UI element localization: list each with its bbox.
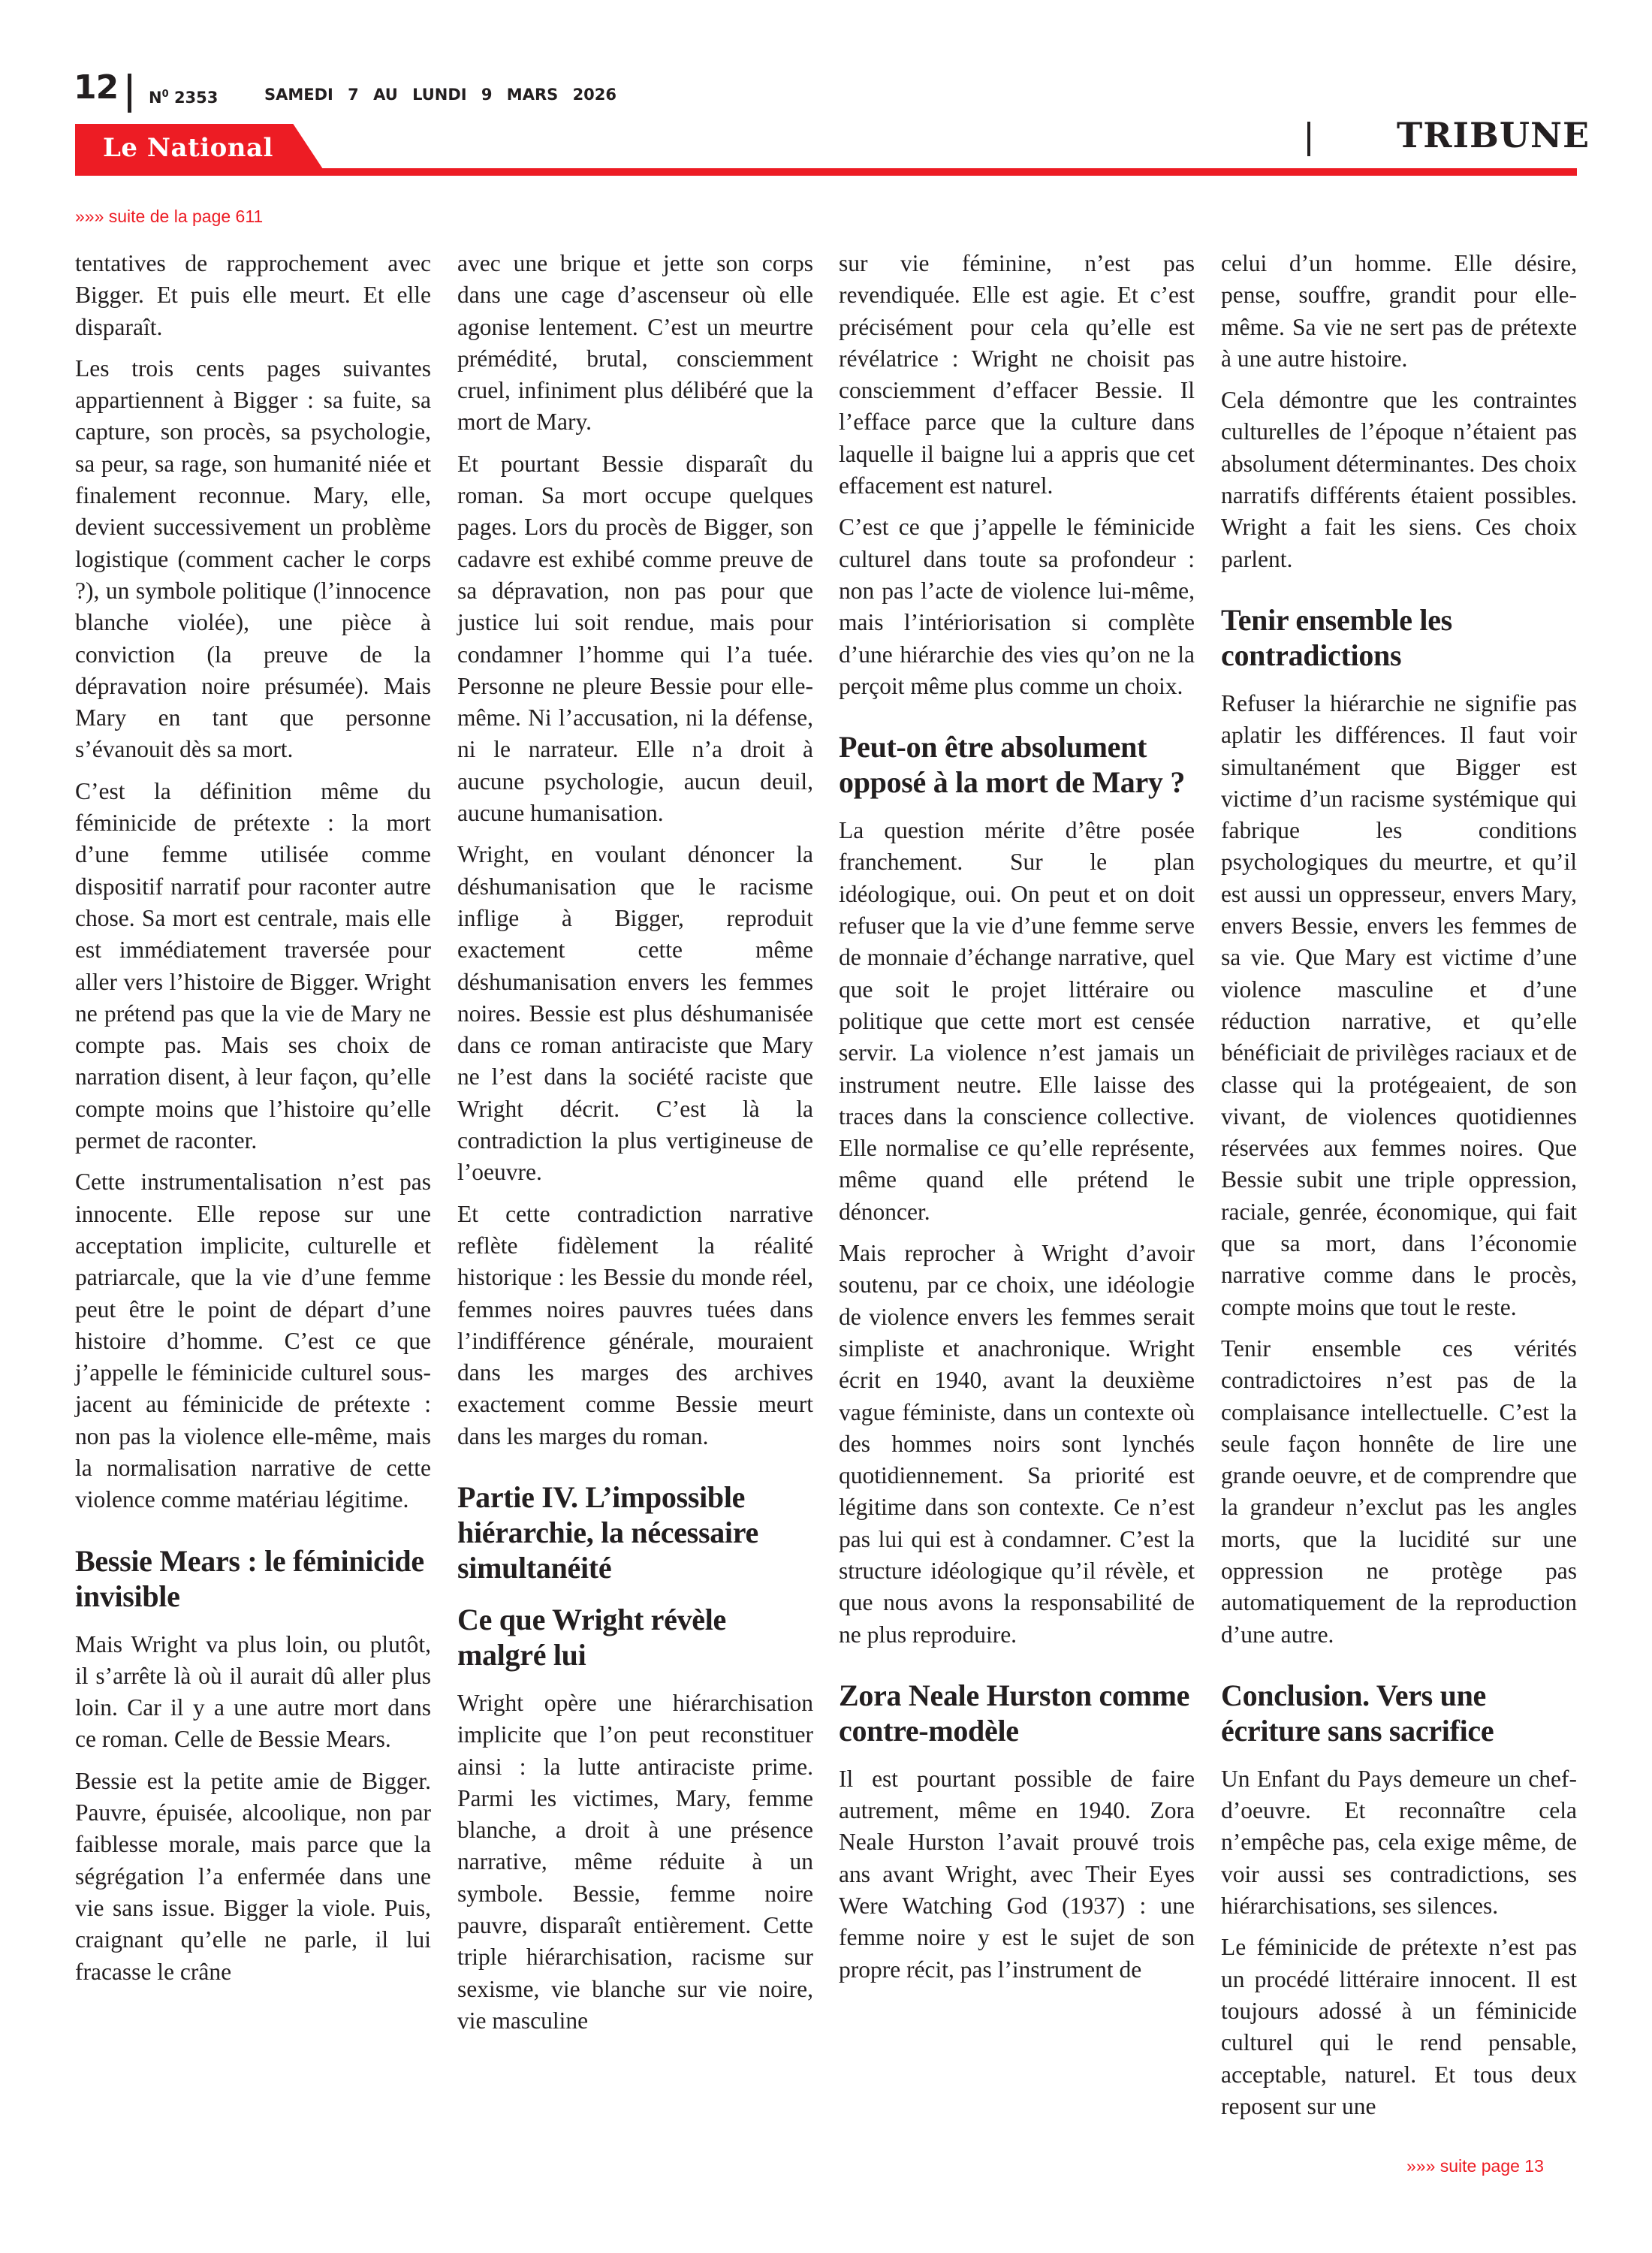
- publication-logo: Le National: [103, 133, 273, 163]
- article-paragraph: Refuser la hiérarchie ne signifie pas ap…: [1221, 688, 1577, 1323]
- article-column-4: celui d’un homme. Elle désire, pense, so…: [1221, 248, 1577, 2132]
- article-paragraph: Cela démontre que les contraintes cultur…: [1221, 385, 1577, 575]
- article-paragraph: Mais reprocher à Wright d’avoir soutenu,…: [839, 1238, 1195, 1651]
- section-title: TRIBUNE: [1397, 114, 1590, 156]
- section-divider: [1307, 122, 1310, 156]
- article-paragraph: avec une brique et jette son corps dans …: [457, 248, 813, 439]
- article-paragraph: Le féminicide de prétexte n’est pas un p…: [1221, 1932, 1577, 2122]
- issue-sup: 0: [162, 89, 169, 100]
- section-heading: Partie IV. L’impossible hiérarchie, la n…: [457, 1479, 813, 1585]
- article-paragraph: Il est pourtant possible de faire autrem…: [839, 1763, 1195, 1986]
- article-column-3: sur vie féminine, n’est pas revendiquée.…: [839, 248, 1195, 1995]
- article-paragraph: Bessie est la petite amie de Bigger. Pau…: [75, 1766, 431, 1988]
- article-paragraph: tentatives de rapprochement avec Bigger.…: [75, 248, 431, 343]
- article-paragraph: Wright, en voulant dénoncer la déshumani…: [457, 839, 813, 1188]
- issue-number: N0 2353: [149, 85, 218, 107]
- article-column-2: avec une brique et jette son corps dans …: [457, 248, 813, 2046]
- header-red-rule: [75, 168, 1577, 176]
- article-paragraph: Et pourtant Bessie disparaît du roman. S…: [457, 448, 813, 830]
- article-paragraph: La question mérite d’être posée franchem…: [839, 815, 1195, 1228]
- article-paragraph: Mais Wright va plus loin, ou plutôt, il …: [75, 1629, 431, 1756]
- article-paragraph: Tenir ensemble ces vérités contradictoir…: [1221, 1333, 1577, 1651]
- section-heading: Bessie Mears : le féminicide invisible: [75, 1543, 431, 1614]
- article-paragraph: C’est la définition même du féminicide d…: [75, 776, 431, 1157]
- section-heading: Ce que Wright révèle malgré lui: [457, 1602, 813, 1672]
- article-paragraph: C’est ce que j’appelle le féminicide cul…: [839, 511, 1195, 702]
- article-paragraph: sur vie féminine, n’est pas revendiquée.…: [839, 248, 1195, 502]
- masthead-divider: [128, 74, 131, 113]
- issue-date: SAMEDI 7 AU LUNDI 9 MARS 2026: [264, 85, 616, 104]
- page-number: 12: [74, 69, 118, 107]
- section-heading: Peut-on être absolument opposé à la mort…: [839, 729, 1195, 800]
- article-column-1: tentatives de rapprochement avec Bigger.…: [75, 248, 431, 1998]
- section-heading: Zora Neale Hurston comme contre-modèle: [839, 1678, 1195, 1748]
- section-heading: Tenir ensemble les contradictions: [1221, 602, 1577, 673]
- article-paragraph: Un Enfant du Pays demeure un chef-d’oeuv…: [1221, 1763, 1577, 1922]
- continued-from-link[interactable]: »»» suite de la page 611: [75, 206, 263, 227]
- article-paragraph: Cette instrumentalisation n’est pas inno…: [75, 1166, 431, 1516]
- article-paragraph: Les trois cents pages suivantes appartie…: [75, 353, 431, 766]
- issue-prefix: N: [149, 89, 162, 107]
- article-paragraph: Wright opère une hiérarchisation implici…: [457, 1687, 813, 2037]
- continued-to-link[interactable]: »»» suite page 13: [1406, 2155, 1544, 2176]
- issue-value: 2353: [174, 89, 218, 107]
- article-paragraph: celui d’un homme. Elle désire, pense, so…: [1221, 248, 1577, 375]
- section-heading: Conclusion. Vers une écriture sans sacri…: [1221, 1678, 1577, 1748]
- article-paragraph: Et cette contradiction narrative reflète…: [457, 1199, 813, 1452]
